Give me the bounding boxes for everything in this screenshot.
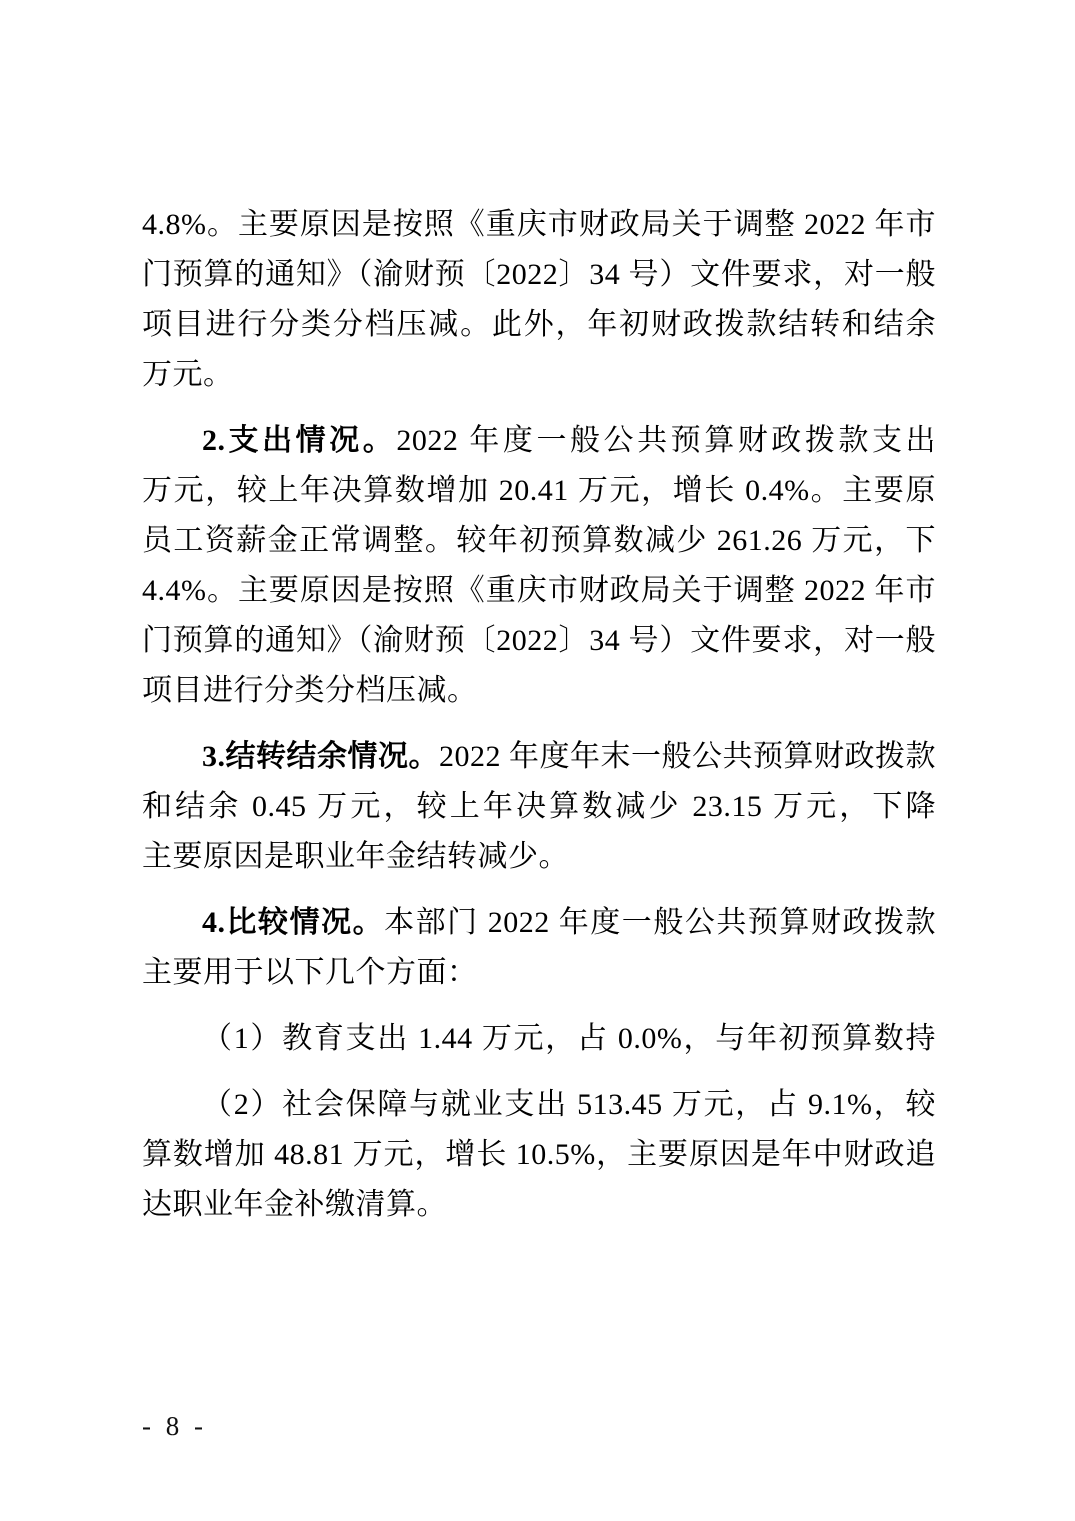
list-item-social-security-expenditure: （2）社会保障与就业支出 513.45 万元，占 9.1%，较年初预算数增加 4… (142, 1080, 936, 1230)
page-number-footer: - 8 - (142, 1408, 207, 1444)
text-line: 算数增加 48.81 万元，增长 10.5%，主要原因是年中财政追加下 (142, 1130, 936, 1180)
text-line: 员工资薪金正常调整。较年初预算数减少 261.26 万元，下降 (142, 516, 936, 566)
text-line: （1）教育支出 1.44 万元，占 0.0%，与年初预算数持平。 (142, 1014, 936, 1064)
text-line: 项目进行分类分档压减。此外，年初财政拨款结转和结余 23.6 (142, 300, 936, 350)
text-line: 门预算的通知》（渝财预〔2022〕34 号）文件要求，对一般性 (142, 616, 936, 666)
body-text: 主要原因是职业年金结转减少。 (142, 840, 569, 873)
text-line: 3.结转结余情况。2022 年度年末一般公共预算财政拨款结转 (142, 732, 936, 782)
document-body: 4.8%。主要原因是按照《重庆市财政局关于调整 2022 年市级部门预算的通知》… (142, 200, 936, 1246)
document-page: 4.8%。主要原因是按照《重庆市财政局关于调整 2022 年市级部门预算的通知》… (0, 0, 1075, 1521)
body-text: 和结余 0.45 万元，较上年决算数减少 23.15 万元，下降 98.1%， (142, 790, 936, 832)
paragraph-decrease-reason-continuation: 4.8%。主要原因是按照《重庆市财政局关于调整 2022 年市级部门预算的通知》… (142, 200, 936, 400)
bold-lead-text: 2.支出情况。 (202, 424, 396, 457)
text-line: 门预算的通知》（渝财预〔2022〕34 号）文件要求，对一般性 (142, 250, 936, 300)
body-text: 项目进行分类分档压减。 (142, 674, 478, 707)
text-line: （2）社会保障与就业支出 513.45 万元，占 9.1%，较年初预 (142, 1080, 936, 1130)
body-text: 项目进行分类分档压减。此外，年初财政拨款结转和结余 23.6 (142, 308, 936, 350)
body-text: （2）社会保障与就业支出 513.45 万元，占 9.1%，较年初预 (142, 1088, 936, 1130)
text-line: 主要用于以下几个方面： (142, 948, 936, 998)
body-text: （1）教育支出 1.44 万元，占 0.0%，与年初预算数持平。 (142, 1022, 936, 1064)
text-line: 主要原因是职业年金结转减少。 (142, 832, 936, 882)
body-text: 主要用于以下几个方面： (142, 956, 478, 989)
body-text: 算数增加 48.81 万元，增长 10.5%，主要原因是年中财政追加下 (142, 1138, 936, 1180)
bold-lead-text: 3.结转结余情况。 (202, 740, 439, 773)
text-line: 达职业年金补缴清算。 (142, 1180, 936, 1230)
text-line: 4.比较情况。本部门 2022 年度一般公共预算财政拨款支出 (142, 898, 936, 948)
text-line: 万元，较上年决算数增加 20.41 万元，增长 0.4%。主要原因是人 (142, 466, 936, 516)
text-line: 万元。 (142, 350, 936, 400)
text-line: 4.4%。主要原因是按照《重庆市财政局关于调整 2022 年市级部 (142, 566, 936, 616)
list-item-education-expenditure: （1）教育支出 1.44 万元，占 0.0%，与年初预算数持平。 (142, 1014, 936, 1064)
body-text: 员工资薪金正常调整。较年初预算数减少 261.26 万元，下降 (142, 524, 936, 566)
paragraph-expenditure-situation: 2.支出情况。2022 年度一般公共预算财政拨款支出 5,627.42万元，较上… (142, 416, 936, 716)
body-text: 门预算的通知》（渝财预〔2022〕34 号）文件要求，对一般性 (142, 258, 936, 300)
text-line: 2.支出情况。2022 年度一般公共预算财政拨款支出 5,627.42 (142, 416, 936, 466)
text-line: 4.8%。主要原因是按照《重庆市财政局关于调整 2022 年市级部 (142, 200, 936, 250)
body-text: 4.8%。主要原因是按照《重庆市财政局关于调整 2022 年市级部 (142, 208, 936, 250)
body-text: 达职业年金补缴清算。 (142, 1188, 447, 1221)
body-text: 门预算的通知》（渝财预〔2022〕34 号）文件要求，对一般性 (142, 624, 936, 666)
body-text: 4.4%。主要原因是按照《重庆市财政局关于调整 2022 年市级部 (142, 574, 936, 616)
text-line: 和结余 0.45 万元，较上年决算数减少 23.15 万元，下降 98.1%， (142, 782, 936, 832)
bold-lead-text: 4.比较情况。 (202, 906, 384, 939)
body-text: 万元。 (142, 358, 234, 391)
paragraph-comparison-situation: 4.比较情况。本部门 2022 年度一般公共预算财政拨款支出主要用于以下几个方面… (142, 898, 936, 998)
text-line: 项目进行分类分档压减。 (142, 666, 936, 716)
paragraph-carryover-situation: 3.结转结余情况。2022 年度年末一般公共预算财政拨款结转和结余 0.45 万… (142, 732, 936, 882)
body-text: 万元，较上年决算数增加 20.41 万元，增长 0.4%。主要原因是人 (142, 474, 936, 516)
